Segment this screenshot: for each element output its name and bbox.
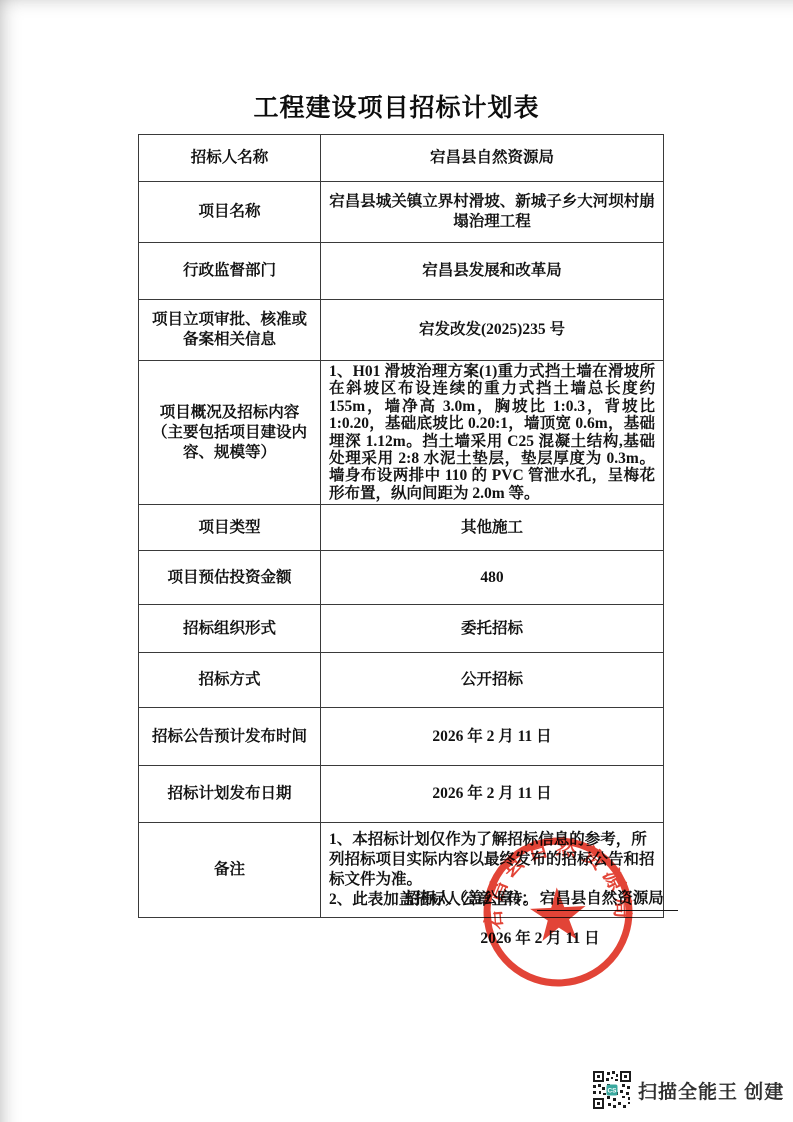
- table-row: 项目概况及招标内容（主要包括项目建设内容、规模等） 1、H01 滑坡治理方案(1…: [139, 361, 664, 505]
- table-row: 项目预估投资金额 480: [139, 551, 664, 605]
- row-value: 2026 年 2 月 11 日: [321, 766, 664, 823]
- table-row: 招标组织形式 委托招标: [139, 605, 664, 653]
- tender-plan-table: 招标人名称 宕昌县自然资源局 项目名称 宕昌县城关镇立界村滑坡、新城子乡大河坝村…: [138, 134, 664, 918]
- table-row: 行政监督部门 宕昌县发展和改革局: [139, 243, 664, 300]
- row-value: 委托招标: [321, 605, 664, 653]
- official-seal: 宕昌县自然资源局: [475, 829, 641, 995]
- row-label: 备注: [139, 823, 321, 918]
- row-label: 招标公告预计发布时间: [139, 708, 321, 766]
- row-value: 480: [321, 551, 664, 605]
- qr-logo-text: CS: [607, 1088, 617, 1095]
- row-label: 项目概况及招标内容（主要包括项目建设内容、规模等）: [139, 361, 321, 505]
- row-value: 宕昌县自然资源局: [321, 135, 664, 182]
- scanner-caption: 扫描全能王 创建: [638, 1077, 784, 1104]
- document-page: { "page": { "title": "工程建设项目招标计划表" }, "t…: [0, 0, 793, 1122]
- row-label: 招标组织形式: [139, 605, 321, 653]
- table-row: 项目类型 其他施工: [139, 505, 664, 551]
- row-value: 其他施工: [321, 505, 664, 551]
- row-value: 宕发改发(2025)235 号: [321, 300, 664, 361]
- row-value: 宕昌县城关镇立界村滑坡、新城子乡大河坝村崩塌治理工程: [321, 182, 664, 243]
- table-row: 项目名称 宕昌县城关镇立界村滑坡、新城子乡大河坝村崩塌治理工程: [139, 182, 664, 243]
- table-row: 招标计划发布日期 2026 年 2 月 11 日: [139, 766, 664, 823]
- row-label: 招标方式: [139, 653, 321, 708]
- row-label: 项目类型: [139, 505, 321, 551]
- page-title: 工程建设项目招标计划表: [0, 88, 793, 124]
- star-icon: [529, 886, 587, 942]
- qr-code: CS: [592, 1070, 632, 1110]
- row-value: 宕昌县发展和改革局: [321, 243, 664, 300]
- row-label: 行政监督部门: [139, 243, 321, 300]
- row-value: 2026 年 2 月 11 日: [321, 708, 664, 766]
- table-row: 招标公告预计发布时间 2026 年 2 月 11 日: [139, 708, 664, 766]
- table-row: 项目立项审批、核准或备案相关信息 宕发改发(2025)235 号: [139, 300, 664, 361]
- row-value: 公开招标: [321, 653, 664, 708]
- row-label: 项目立项审批、核准或备案相关信息: [139, 300, 321, 361]
- row-label: 招标计划发布日期: [139, 766, 321, 823]
- row-label: 招标人名称: [139, 135, 321, 182]
- table-row: 招标方式 公开招标: [139, 653, 664, 708]
- row-label: 项目预估投资金额: [139, 551, 321, 605]
- row-label: 项目名称: [139, 182, 321, 243]
- row-value: 1、H01 滑坡治理方案(1)重力式挡土墙在滑坡所在斜坡区布设连续的重力式挡土墙…: [321, 361, 664, 505]
- table-row: 招标人名称 宕昌县自然资源局: [139, 135, 664, 182]
